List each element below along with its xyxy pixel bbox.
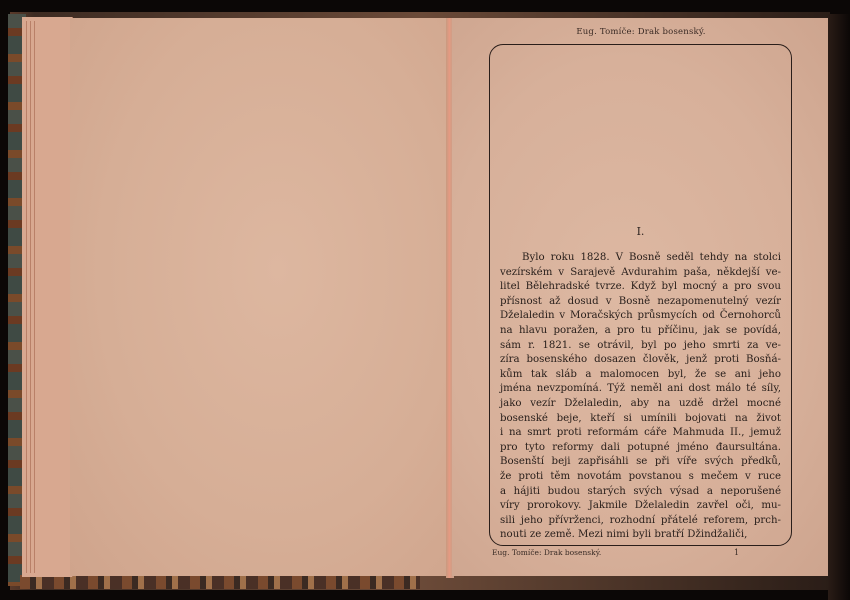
text-line: Bosenští beji zapřisáhli se při víře svý…: [500, 455, 781, 470]
text-line: na hlavu poražen, a pro tu příčinu, jak …: [500, 324, 781, 339]
page-stack-edge: [22, 17, 73, 577]
text-line: přísnost až dosud v Bosně nezapomenuteln…: [500, 295, 781, 310]
text-frame-border: I. Bylo roku 1828. V Bosně seděl tehdy n…: [489, 44, 792, 546]
text-line: nouti ze země. Mezi nimi byli bratří Dži…: [500, 528, 781, 543]
text-line: zíra bosenského dosazen člověk, jenž pro…: [500, 353, 781, 368]
text-line: vezírském v Sarajevě Avdurahim paša, něk…: [500, 266, 781, 281]
book-edge-shadow: [828, 14, 850, 600]
text-line: jména nevzpomíná. Týž neměl ani dost mál…: [500, 382, 781, 397]
chapter-number: I.: [490, 225, 791, 238]
footer-signature: Eug. Tomíče: Drak bosenský.: [492, 548, 601, 557]
text-line: pro tyto reformy dali potupné jméno đaur…: [500, 441, 781, 456]
leaf-edge: [26, 21, 27, 573]
chapter-body-text: Bylo roku 1828. V Bosně seděl tehdy na s…: [500, 251, 781, 543]
right-page: Eug. Tomíče: Drak bosenský. I. Bylo roku…: [452, 18, 830, 576]
page-number: 1: [734, 548, 739, 557]
text-line: víry prorokovy. Jakmile Dželaledin zavře…: [500, 499, 781, 514]
text-line: Bylo roku 1828. V Bosně seděl tehdy na s…: [500, 251, 781, 266]
text-line: jako vezír Dželaledin, aby na uzdě držel…: [500, 397, 781, 412]
text-line: i na smrt proti reformám cáře Mahmuda II…: [500, 426, 781, 441]
text-line: Dželaledin v Moračských průsmycích od Če…: [500, 309, 781, 324]
cover-marbled-edge-bottom: [20, 575, 420, 589]
text-line: sám r. 1821. se otrávil, byl po jeho smr…: [500, 339, 781, 354]
left-page-blank: [70, 18, 448, 576]
text-line: litel Bělehradské tvrze. Když byl mocný …: [500, 280, 781, 295]
text-line: sili jeho přívrženci, rozhodní přátelé r…: [500, 514, 781, 529]
text-line: bosenské beje, kteří si umínili bojovati…: [500, 412, 781, 427]
text-line: že proti těm novotám povstanou s mečem v…: [500, 470, 781, 485]
running-header: Eug. Tomíče: Drak bosenský.: [452, 27, 830, 37]
text-line: kům tak sláb a malomocen byl, že se ani …: [500, 368, 781, 383]
leaf-edge: [30, 21, 31, 573]
leaf-edge: [34, 21, 35, 573]
text-line: a hájiti budou starých svých výsad a nep…: [500, 485, 781, 500]
